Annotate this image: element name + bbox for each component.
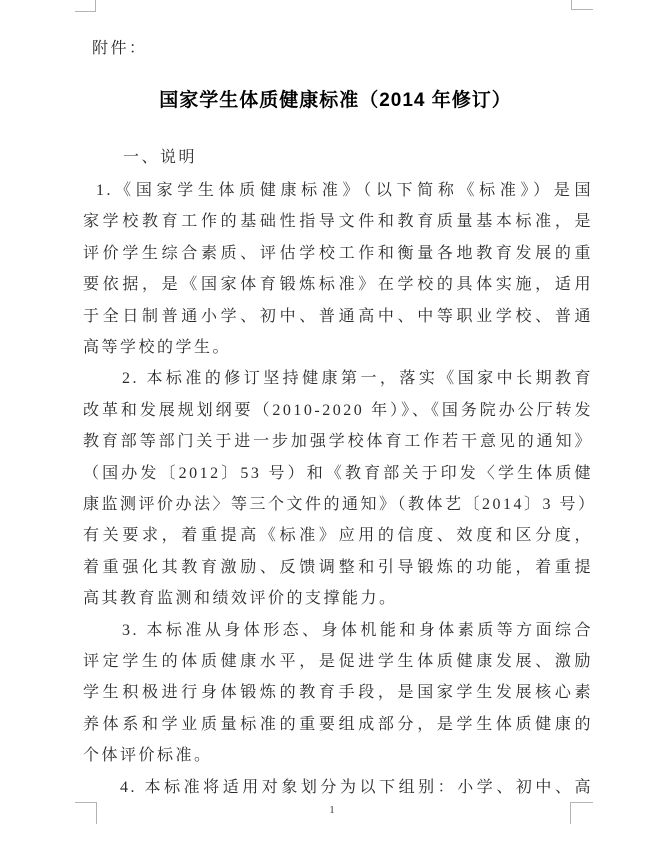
body-line: 3. 本标准从身体形态、身体机能和身体素质等方面综合	[83, 617, 593, 641]
text-boundary-mark-top-right	[571, 0, 593, 10]
body-line: 于全日制普通小学、初中、普通高中、中等职业学校、普通	[83, 303, 593, 327]
document-title: 国家学生体质健康标准（2014 年修订）	[0, 85, 671, 112]
body-line: 高等学校的学生。	[83, 334, 593, 358]
body-line: 评价学生综合素质、评估学校工作和衡量各地教育发展的重	[83, 240, 593, 264]
page-number: 1	[83, 804, 581, 816]
body-line: 养体系和学业质量标准的重要组成部分，是学生体质健康的	[83, 711, 593, 735]
body-line: 1.《国家学生体质健康标准》（以下简称《标准》）是国	[83, 177, 593, 201]
body-line: 4. 本标准将适用对象划分为以下组别：小学、初中、高	[83, 774, 593, 798]
body-line: 2. 本标准的修订坚持健康第一，落实《国家中长期教育	[83, 365, 593, 389]
body-line: 高其教育监测和绩效评价的支撑能力。	[83, 585, 593, 609]
body-line: 教育部等部门关于进一步加强学校体育工作若干意见的通知》	[83, 428, 593, 452]
body-line: 康监测评价办法〉等三个文件的通知》（教体艺〔2014〕3 号）	[83, 491, 593, 515]
document-body: 1.《国家学生体质健康标准》（以下简称《标准》）是国家学校教育工作的基础性指导文…	[83, 177, 593, 817]
attachment-label: 附件：	[92, 35, 148, 58]
body-line: 着重强化其教育激励、反馈调整和引导锻炼的功能，着重提	[83, 554, 593, 578]
body-line: 有关要求，着重提高《标准》应用的信度、效度和区分度，	[83, 522, 593, 546]
body-line: 学生积极进行身体锻炼的教育手段，是国家学生发展核心素	[83, 679, 593, 703]
body-line: 家学校教育工作的基础性指导文件和教育质量基本标准，是	[83, 208, 593, 232]
section-heading: 一、说明	[83, 144, 593, 167]
body-line: 个体评价标准。	[83, 742, 593, 766]
body-line: （国办发〔2012〕53 号）和《教育部关于印发〈学生体质健	[83, 460, 593, 484]
body-line: 改革和发展规划纲要（2010-2020 年）》、《国务院办公厅转发	[83, 397, 593, 421]
body-line: 评定学生的体质健康水平，是促进学生体质健康发展、激励	[83, 648, 593, 672]
text-boundary-mark-top-left	[75, 0, 96, 12]
body-line: 要依据，是《国家体育锻炼标准》在学校的具体实施，适用	[83, 271, 593, 295]
document-page: 附件： 国家学生体质健康标准（2014 年修订） 一、说明 1.《国家学生体质健…	[0, 0, 671, 863]
